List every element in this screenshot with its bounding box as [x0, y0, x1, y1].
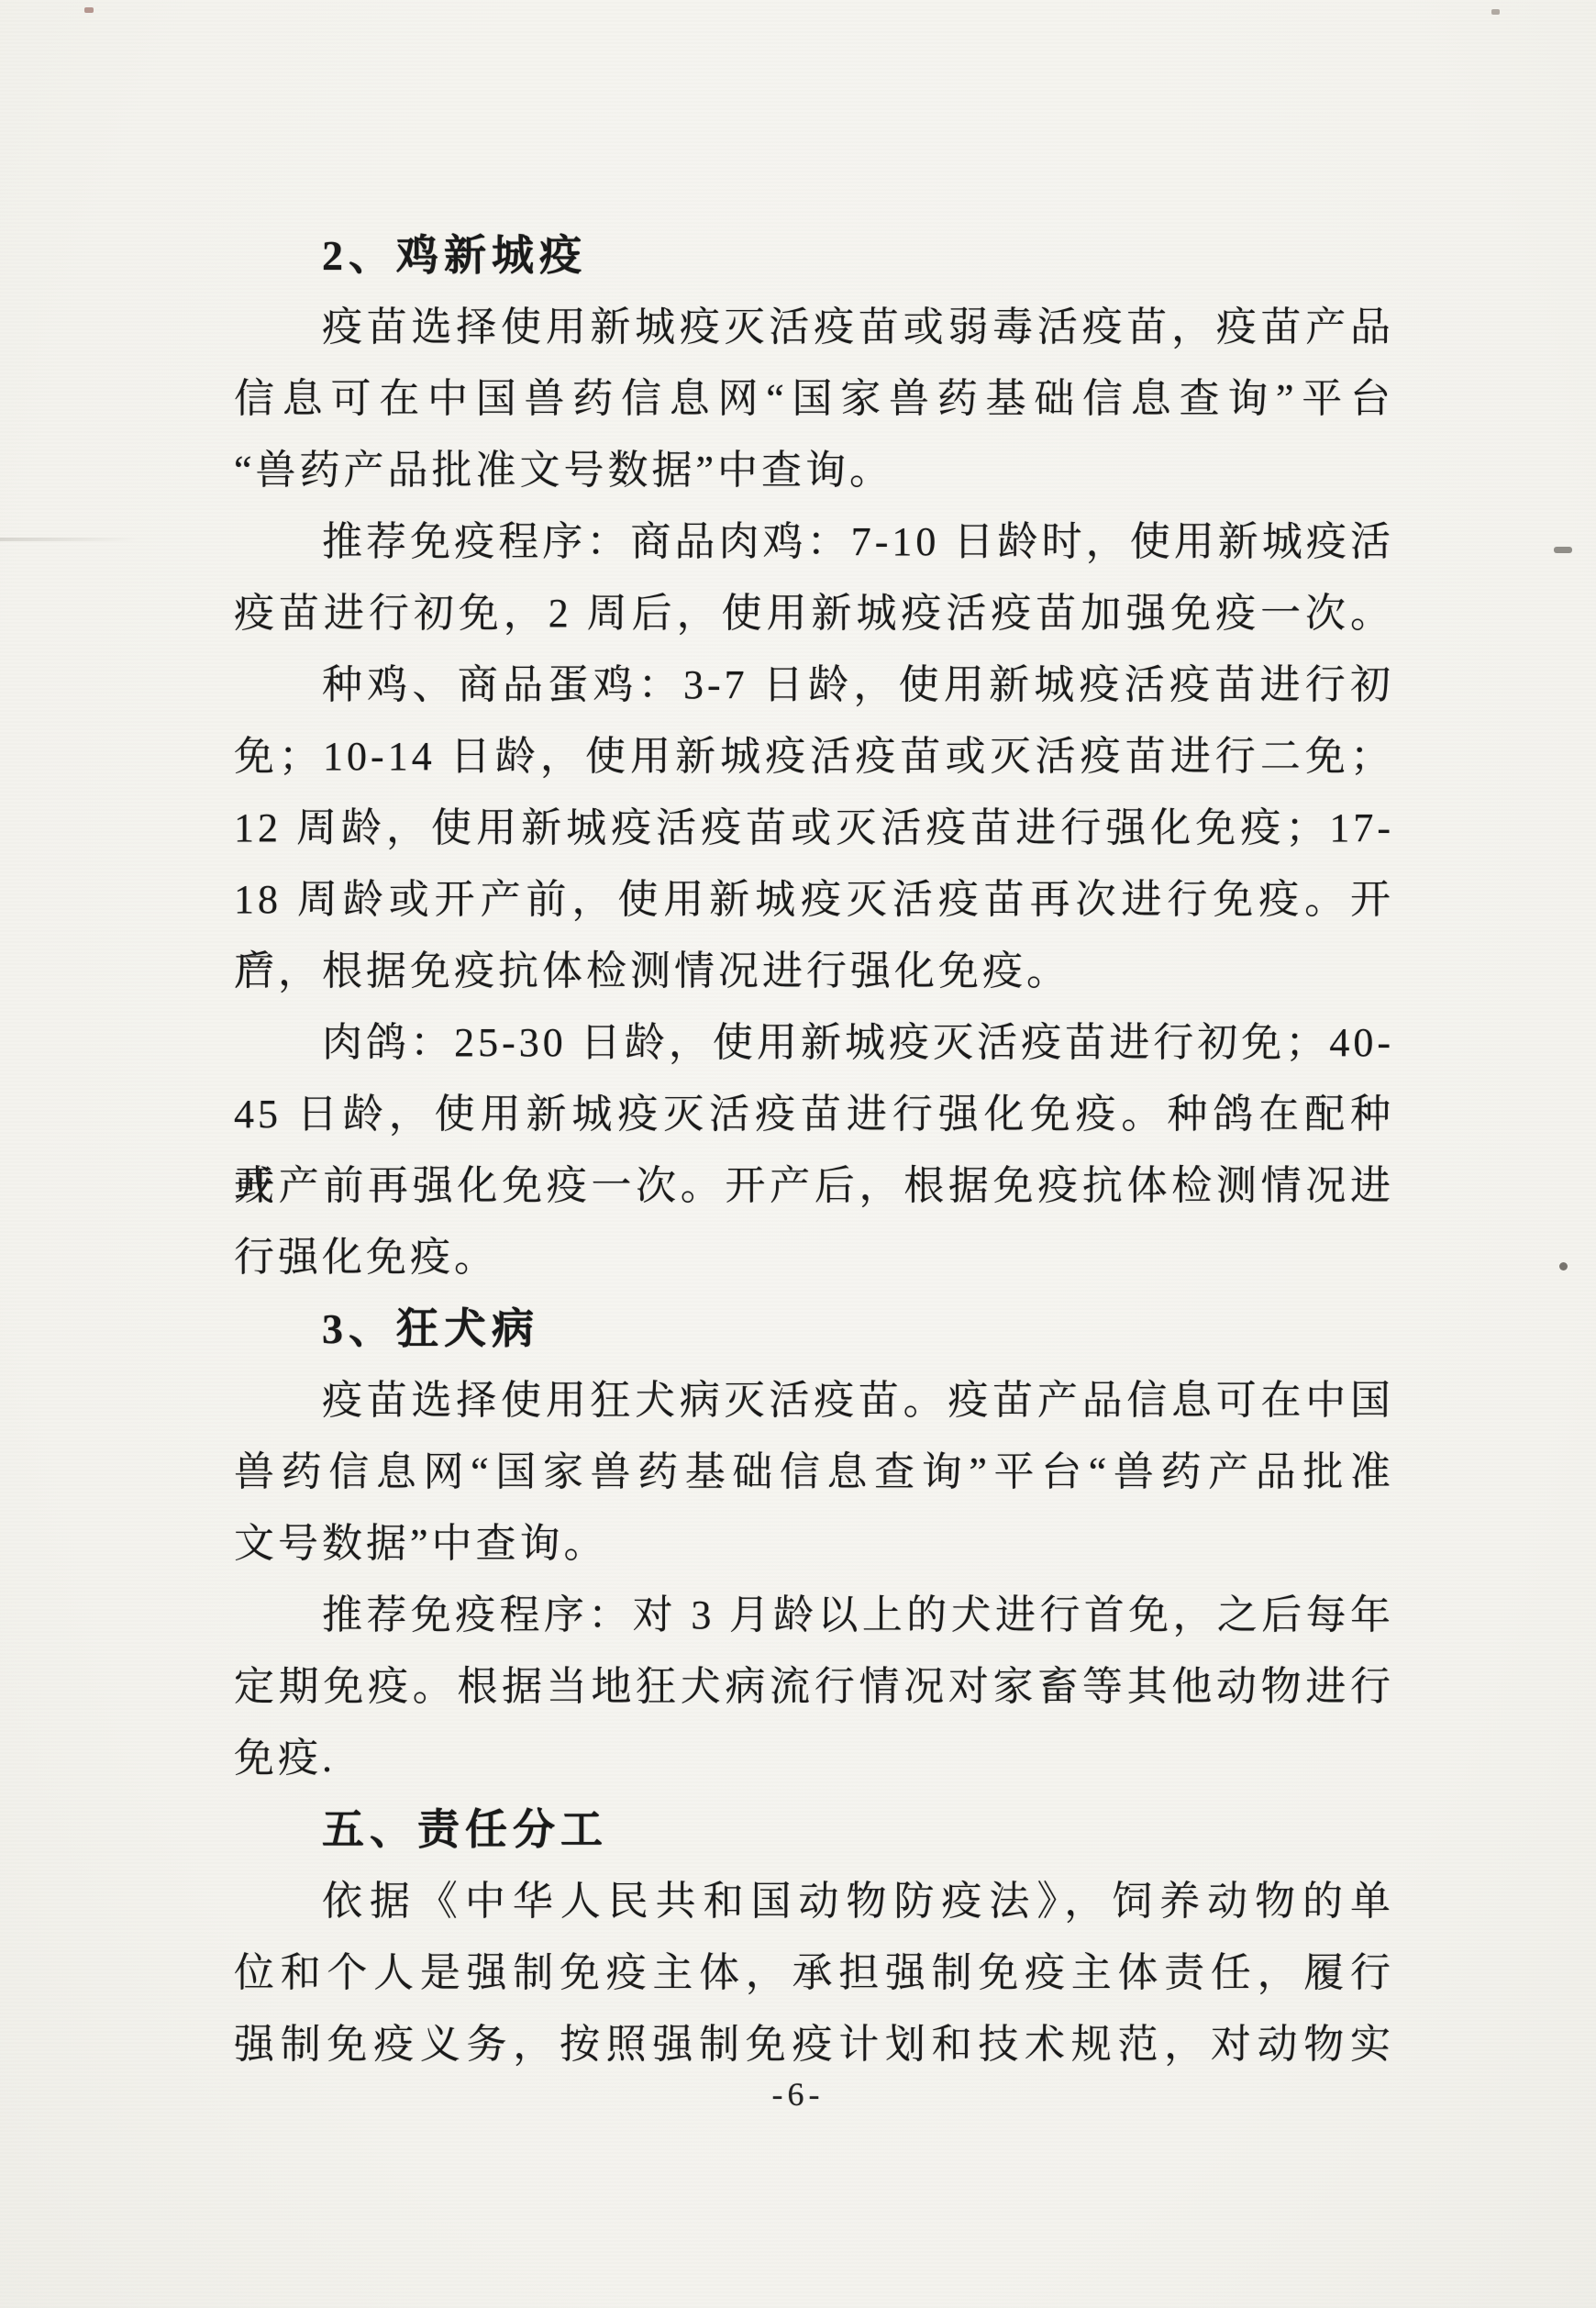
paragraph-pigeon-schedule: 肉鸽：25-30 日龄，使用新城疫灭活疫苗进行初免；40- 45 日龄，使用新城… [234, 1007, 1394, 1293]
paragraph-vaccine-selection-rabies: 疫苗选择使用狂犬病灭活疫苗。疫苗产品信息可在中国 兽药信息网“国家兽药基础信息查… [234, 1365, 1394, 1580]
paragraph-breeder-layer-schedule: 种鸡、商品蛋鸡：3-7 日龄，使用新城疫活疫苗进行初 免；10-14 日龄，使用… [234, 649, 1394, 1007]
text-line: 疫苗进行初免，2 周后，使用新城疫活疫苗加强免疫一次。 [234, 578, 1394, 649]
text-line: 开产前再强化免疫一次。开产后，根据免疫抗体检测情况进 [234, 1150, 1394, 1222]
text-line: 种鸡、商品蛋鸡：3-7 日龄，使用新城疫活疫苗进行初 [234, 649, 1394, 721]
page-number: -6- [0, 2075, 1596, 2114]
text-line: 强制免疫义务，按照强制免疫计划和技术规范，对动物实 [234, 2009, 1394, 2081]
text-line: 文号数据”中查询。 [234, 1508, 1394, 1580]
scan-speck [1491, 9, 1500, 15]
text-line: 45 日龄，使用新城疫灭活疫苗进行强化免疫。种鸽在配种或 [234, 1079, 1394, 1150]
text-line: 定期免疫。根据当地狂犬病流行情况对家畜等其他动物进行 [234, 1651, 1394, 1723]
section-heading-responsibilities: 五、责任分工 [234, 1794, 1394, 1866]
paragraph-broiler-schedule: 推荐免疫程序：商品肉鸡：7-10 日龄时，使用新城疫活 疫苗进行初免，2 周后，… [234, 506, 1394, 649]
text-line: “兽药产品批准文号数据”中查询。 [234, 435, 1394, 506]
text-line: 疫苗选择使用狂犬病灭活疫苗。疫苗产品信息可在中国 [234, 1365, 1394, 1437]
paragraph-vaccine-selection-newcastle: 疫苗选择使用新城疫灭活疫苗或弱毒活疫苗，疫苗产品 信息可在中国兽药信息网“国家兽… [234, 292, 1394, 506]
scanned-document-page: 2、鸡新城疫 疫苗选择使用新城疫灭活疫苗或弱毒活疫苗，疫苗产品 信息可在中国兽药… [0, 0, 1596, 2308]
text-line: 推荐免疫程序：对 3 月龄以上的犬进行首免，之后每年 [234, 1580, 1394, 1651]
paragraph-responsibility-basis: 依据《中华人民共和国动物防疫法》，饲养动物的单 位和个人是强制免疫主体，承担强制… [234, 1866, 1394, 2081]
text-line: 推荐免疫程序：商品肉鸡：7-10 日龄时，使用新城疫活 [234, 506, 1394, 578]
text-line: 疫苗选择使用新城疫灭活疫苗或弱毒活疫苗，疫苗产品 [234, 292, 1394, 363]
text-line: 兽药信息网“国家兽药基础信息查询”平台“兽药产品批准 [234, 1437, 1394, 1508]
document-body: 2、鸡新城疫 疫苗选择使用新城疫灭活疫苗或弱毒活疫苗，疫苗产品 信息可在中国兽药… [234, 220, 1394, 2081]
text-line: 信息可在中国兽药信息网“国家兽药基础信息查询”平台 [234, 363, 1394, 435]
section-heading-rabies: 3、狂犬病 [234, 1293, 1394, 1365]
text-line: 行强化免疫。 [234, 1222, 1394, 1293]
text-line: 后，根据免疫抗体检测情况进行强化免疫。 [234, 936, 1394, 1007]
scan-mark-dash [1554, 547, 1572, 553]
paragraph-rabies-schedule: 推荐免疫程序：对 3 月龄以上的犬进行首免，之后每年 定期免疫。根据当地狂犬病流… [234, 1580, 1394, 1794]
text-line: 12 周龄，使用新城疫活疫苗或灭活疫苗进行强化免疫；17- [234, 793, 1394, 864]
scan-streak [0, 538, 138, 541]
scan-speck [84, 7, 94, 13]
section-heading-newcastle-disease: 2、鸡新城疫 [234, 220, 1394, 292]
text-line: 肉鸽：25-30 日龄，使用新城疫灭活疫苗进行初免；40- [234, 1007, 1394, 1079]
text-line: 18 周龄或开产前，使用新城疫灭活疫苗再次进行免疫。开产 [234, 864, 1394, 936]
scan-mark-dot [1559, 1262, 1568, 1271]
text-line: 免疫. [234, 1723, 1394, 1794]
text-line: 依据《中华人民共和国动物防疫法》，饲养动物的单 [234, 1866, 1394, 1937]
text-line: 免；10-14 日龄，使用新城疫活疫苗或灭活疫苗进行二免； [234, 721, 1394, 793]
text-line: 位和个人是强制免疫主体，承担强制免疫主体责任，履行 [234, 1937, 1394, 2009]
